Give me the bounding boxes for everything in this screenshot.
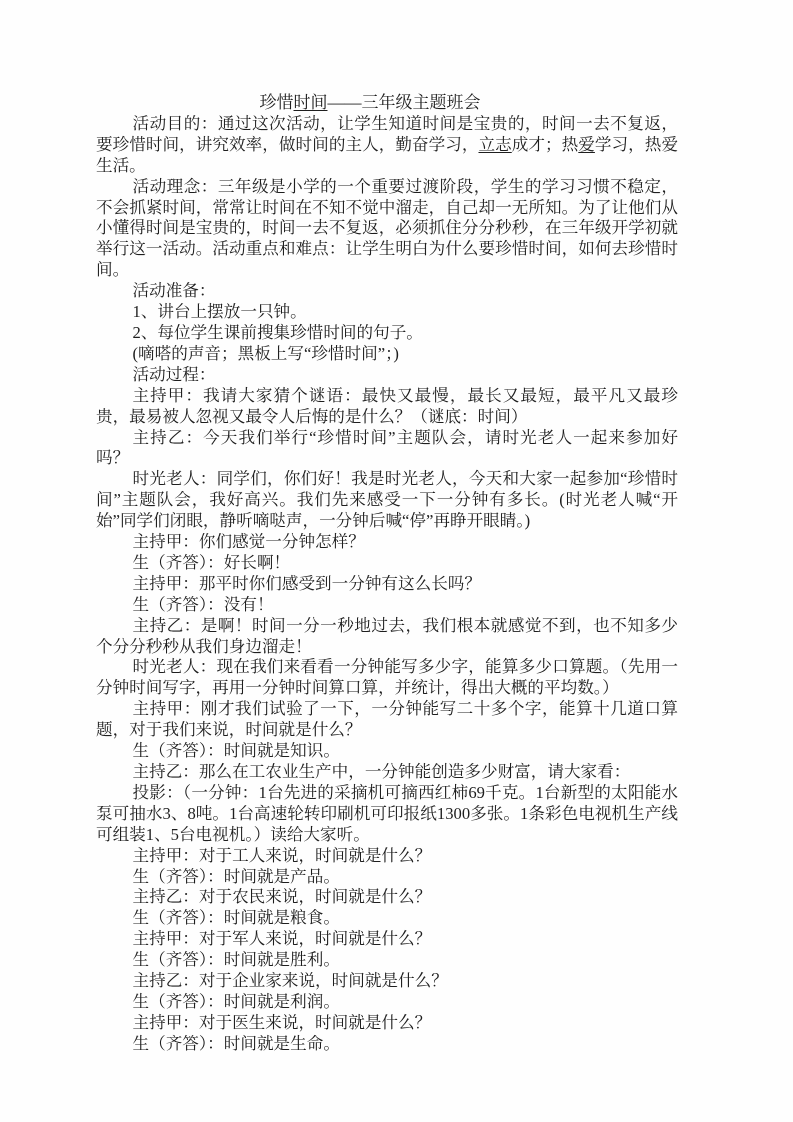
paragraph: 主持乙：对于农民来说，时间就是什么？ — [96, 887, 678, 908]
paragraph: 主持甲：那平时你们感受到一分钟有这么长吗？ — [96, 574, 678, 595]
text-run: 投影：（一分钟：1台先进的采摘机可摘西红柿69千克。1台新型的太阳能水泵可抽水3… — [96, 783, 678, 844]
underlined-text-run: 立志 — [478, 135, 511, 154]
paragraph: 主持甲：对于军人来说，时间就是什么？ — [96, 929, 678, 950]
paragraph: 主持甲：对于医生来说，时间就是什么？ — [96, 1013, 678, 1034]
underlined-text-run: 时间 — [294, 93, 328, 112]
text-run: 主持乙：对于企业家来说，时间就是什么？ — [133, 971, 448, 990]
paragraph: 活动目的：通过这次活动，让学生知道时间是宝贵的，时间一去不复返，要珍惜时间，讲究… — [96, 114, 678, 177]
document-body: 活动目的：通过这次活动，让学生知道时间是宝贵的，时间一去不复返，要珍惜时间，讲究… — [96, 114, 678, 1055]
text-run: (嘀嗒的声音；黑板上写“珍惜时间”；) — [133, 344, 399, 363]
text-run: 生（齐答）：没有！ — [133, 595, 274, 614]
text-run: 主持甲：我请大家猜个谜语：最快又最慢，最长又最短，最平凡又最珍贵，最易被人忽视又… — [96, 386, 678, 426]
text-run: 生（齐答）：时间就是生命。 — [133, 1034, 340, 1053]
text-run: 生（齐答）：时间就是利润。 — [133, 992, 340, 1011]
paragraph: (嘀嗒的声音；黑板上写“珍惜时间”；) — [96, 344, 678, 365]
text-run: 主持乙：是啊！时间一分一秒地过去，我们根本就感觉不到，也不知多少个分分秒秒从我们… — [96, 616, 678, 656]
paragraph: 时光老人：现在我们来看看一分钟能写多少字，能算多少口算题。（先用一分钟时间写字，… — [96, 657, 678, 699]
paragraph: 生（齐答）：时间就是利润。 — [96, 992, 678, 1013]
text-run: 生（齐答）：时间就是胜利。 — [133, 950, 340, 969]
text-run: 珍惜 — [260, 93, 294, 112]
paragraph: 时光老人：同学们，你们好！我是时光老人，今天和大家一起参加“珍惜时间”主题队会，… — [96, 469, 678, 532]
paragraph: 主持乙：今天我们举行“珍惜时间”主题队会，请时光老人一起来参加好吗？ — [96, 428, 678, 470]
text-run: 生（齐答）：好长啊！ — [133, 553, 291, 572]
paragraph: 生（齐答）：时间就是粮食。 — [96, 908, 678, 929]
text-run: 主持甲：对于军人来说，时间就是什么？ — [133, 929, 432, 948]
text-run: 主持甲：刚才我们试验了一下，一分钟能写二十多个字，能算十几道口算题，对于我们来说… — [96, 699, 678, 739]
text-run: ——三年级主题班会 — [328, 93, 481, 112]
text-run: 主持乙：今天我们举行“珍惜时间”主题队会，请时光老人一起来参加好吗？ — [96, 428, 678, 468]
document-title: 珍惜时间——三年级主题班会 — [79, 93, 661, 114]
paragraph: 主持甲：刚才我们试验了一下，一分钟能写二十多个字，能算十几道口算题，对于我们来说… — [96, 699, 678, 741]
text-run: 活动准备： — [133, 281, 216, 300]
underlined-text-run: 爱 — [578, 135, 595, 154]
paragraph: 主持甲：我请大家猜个谜语：最快又最慢，最长又最短，最平凡又最珍贵，最易被人忽视又… — [96, 386, 678, 428]
text-run: 时光老人：现在我们来看看一分钟能写多少字，能算多少口算题。（先用一分钟时间写字，… — [96, 657, 678, 697]
paragraph: 活动过程： — [96, 365, 678, 386]
paragraph: 生（齐答）：时间就是产品。 — [96, 867, 678, 888]
text-run: 2、每位学生课前搜集珍惜时间的句子。 — [133, 323, 423, 342]
paragraph: 主持乙：对于企业家来说，时间就是什么？ — [96, 971, 678, 992]
paragraph: 生（齐答）：时间就是生命。 — [96, 1034, 678, 1055]
text-run: 1、讲台上摆放一只钟。 — [133, 302, 307, 321]
paragraph: 2、每位学生课前搜集珍惜时间的句子。 — [96, 323, 678, 344]
paragraph: 主持乙：那么在工农业生产中，一分钟能创造多少财富，请大家看： — [96, 762, 678, 783]
text-run: 主持甲：那平时你们感受到一分钟有这么长吗？ — [133, 574, 481, 593]
paragraph: 生（齐答）：时间就是知识。 — [96, 741, 678, 762]
text-run: 主持乙：那么在工农业生产中，一分钟能创造多少财富，请大家看： — [133, 762, 631, 781]
paragraph: 投影：（一分钟：1台先进的采摘机可摘西红柿69千克。1台新型的太阳能水泵可抽水3… — [96, 783, 678, 846]
text-run: 成才；热 — [512, 135, 579, 154]
document-page: 珍惜时间——三年级主题班会 活动目的：通过这次活动，让学生知道时间是宝贵的，时间… — [0, 0, 793, 1122]
paragraph: 1、讲台上摆放一只钟。 — [96, 302, 678, 323]
text-run: 主持甲：你们感觉一分钟怎样？ — [133, 532, 365, 551]
paragraph: 活动理念：三年级是小学的一个重要过渡阶段，学生的学习习惯不稳定，不会抓紧时间，常… — [96, 177, 678, 282]
text-run: 时光老人：同学们，你们好！我是时光老人，今天和大家一起参加“珍惜时间”主题队会，… — [96, 469, 678, 530]
text-run: 主持甲：对于工人来说，时间就是什么？ — [133, 846, 432, 865]
text-run: 活动理念：三年级是小学的一个重要过渡阶段，学生的学习习惯不稳定，不会抓紧时间，常… — [96, 177, 678, 280]
text-run: 主持甲：对于医生来说，时间就是什么？ — [133, 1013, 432, 1032]
text-run: 活动过程： — [133, 365, 216, 384]
text-run: 生（齐答）：时间就是粮食。 — [133, 908, 340, 927]
paragraph: 生（齐答）：时间就是胜利。 — [96, 950, 678, 971]
text-run: 生（齐答）：时间就是知识。 — [133, 741, 340, 760]
paragraph: 生（齐答）：好长啊！ — [96, 553, 678, 574]
document-content: 珍惜时间——三年级主题班会 活动目的：通过这次活动，让学生知道时间是宝贵的，时间… — [96, 93, 678, 1055]
paragraph: 生（齐答）：没有！ — [96, 595, 678, 616]
paragraph: 活动准备： — [96, 281, 678, 302]
paragraph: 主持乙：是啊！时间一分一秒地过去，我们根本就感觉不到，也不知多少个分分秒秒从我们… — [96, 616, 678, 658]
paragraph: 主持甲：对于工人来说，时间就是什么？ — [96, 846, 678, 867]
text-run: 生（齐答）：时间就是产品。 — [133, 867, 340, 886]
paragraph: 主持甲：你们感觉一分钟怎样？ — [96, 532, 678, 553]
text-run: 主持乙：对于农民来说，时间就是什么？ — [133, 887, 432, 906]
